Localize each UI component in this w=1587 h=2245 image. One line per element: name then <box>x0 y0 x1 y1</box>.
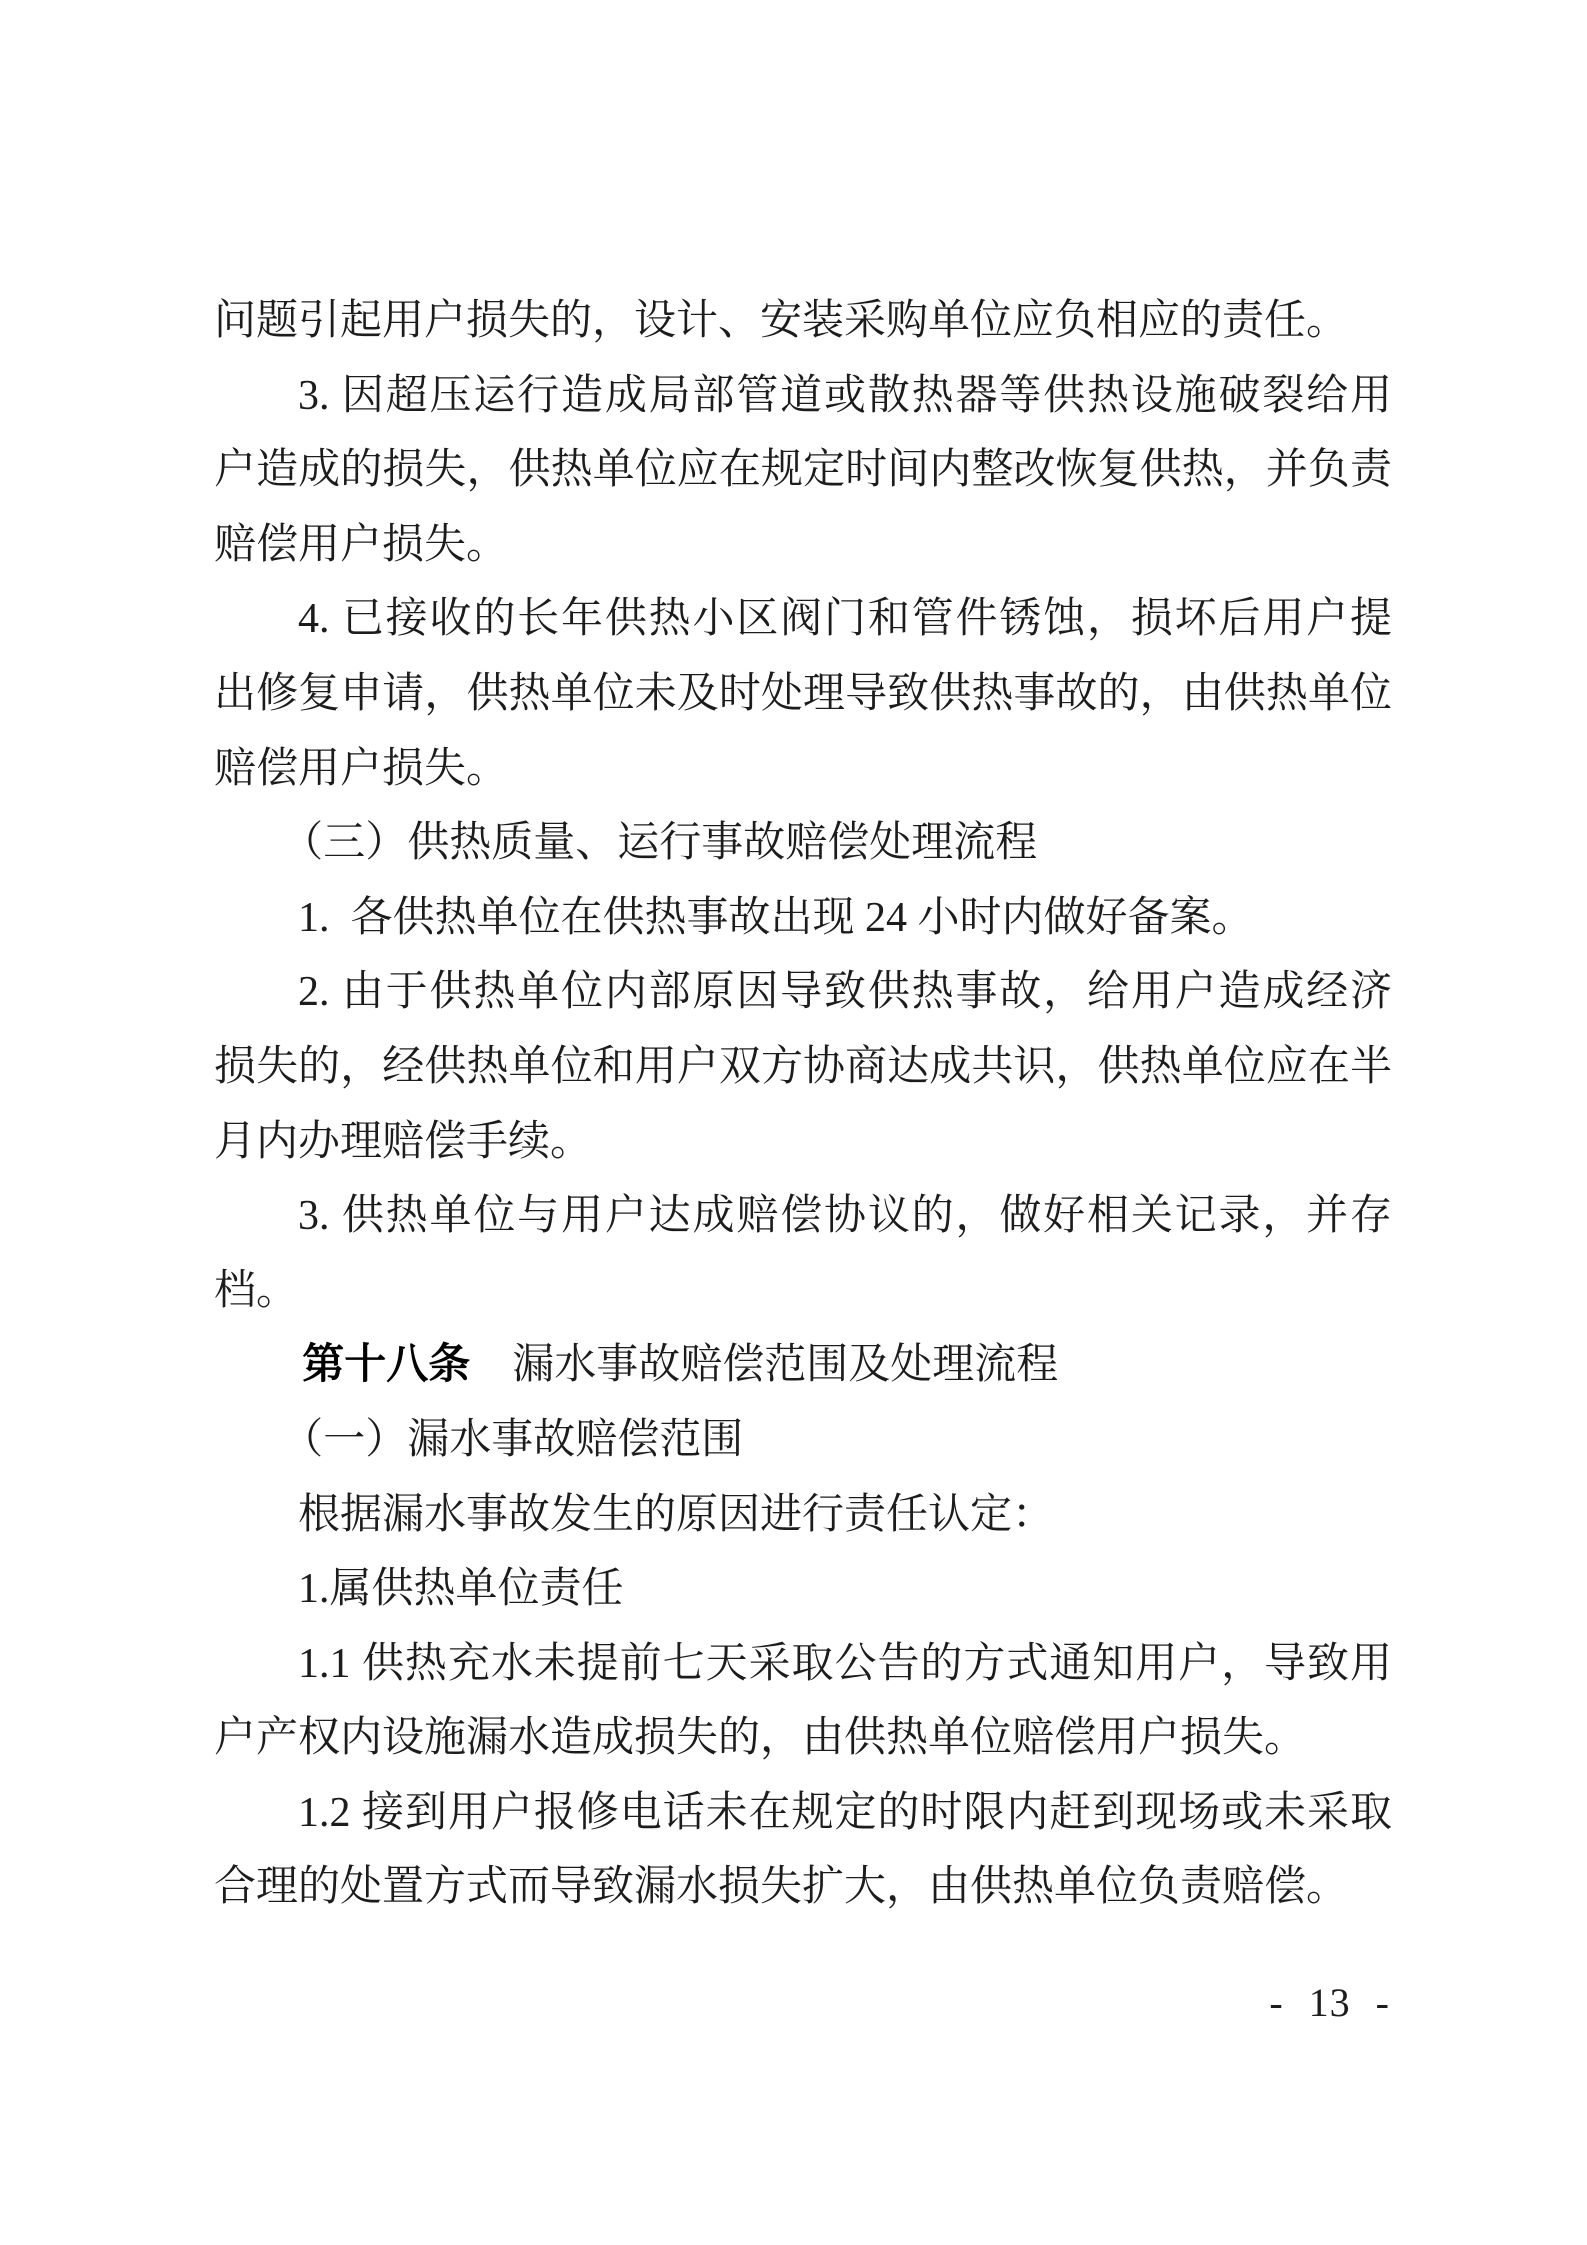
text-line: 4. 已接收的长年供热小区阀门和管件锈蚀，损坏后用户提 <box>214 582 1392 657</box>
line-text: 赔偿用户损失。 <box>214 746 508 792</box>
text-line: 1.属供热单位责任 <box>214 1552 1392 1627</box>
text-line: （三）供热质量、运行事故赔偿处理流程 <box>214 806 1392 881</box>
text-line: 2. 由于供热单位内部原因导致供热事故，给用户造成经济 <box>214 955 1392 1030</box>
text-line: 户造成的损失，供热单位应在规定时间内整改恢复供热，并负责 <box>214 433 1392 508</box>
document-body: 问题引起用户损失的，设计、安装采购单位应负相应的责任。3. 因超压运行造成局部管… <box>214 284 1392 1925</box>
text-line: 1.1 供热充水未提前七天采取公告的方式通知用户，导致用 <box>214 1627 1392 1702</box>
line-text: （三）供热质量、运行事故赔偿处理流程 <box>281 820 1037 866</box>
line-text: 出修复申请，供热单位未及时处理导致供热事故的，由供热单位 <box>214 671 1392 717</box>
line-text: 4. 已接收的长年供热小区阀门和管件锈蚀，损坏后用户提 <box>298 596 1392 642</box>
text-line: 损失的，经供热单位和用户双方协商达成共识，供热单位应在半 <box>214 1030 1392 1105</box>
text-line: 赔偿用户损失。 <box>214 732 1392 807</box>
line-text: 3. 供热单位与用户达成赔偿协议的，做好相关记录，并存 <box>298 1193 1392 1239</box>
line-text: 月内办理赔偿手续。 <box>214 1119 592 1165</box>
text-line: 3. 因超压运行造成局部管道或散热器等供热设施破裂给用 <box>214 359 1392 434</box>
text-line: 1. 各供热单位在供热事故出现 24 小时内做好备案。 <box>214 881 1392 956</box>
text-line: 问题引起用户损失的，设计、安装采购单位应负相应的责任。 <box>214 284 1392 359</box>
line-text: 1.2 接到用户报修电话未在规定的时限内赶到现场或未采取 <box>298 1790 1392 1836</box>
text-line: 3. 供热单位与用户达成赔偿协议的，做好相关记录，并存 <box>214 1179 1392 1254</box>
heading-bold-text: 第十八条 <box>302 1342 470 1388</box>
text-line: （一）漏水事故赔偿范围 <box>214 1403 1392 1478</box>
text-line: 赔偿用户损失。 <box>214 508 1392 583</box>
section-heading-line: 第十八条 漏水事故赔偿范围及处理流程 <box>214 1328 1392 1403</box>
line-text: 户造成的损失，供热单位应在规定时间内整改恢复供热，并负责 <box>214 447 1392 493</box>
text-line: 档。 <box>214 1254 1392 1329</box>
line-text: 2. 由于供热单位内部原因导致供热事故，给用户造成经济 <box>298 969 1392 1015</box>
text-line: 出修复申请，供热单位未及时处理导致供热事故的，由供热单位 <box>214 657 1392 732</box>
page-number: - 13 - <box>1269 1981 1390 2025</box>
line-text: 漏水事故赔偿范围及处理流程 <box>470 1342 1058 1388</box>
line-text: 赔偿用户损失。 <box>214 522 508 568</box>
text-line: 户产权内设施漏水造成损失的，由供热单位赔偿用户损失。 <box>214 1701 1392 1776</box>
line-text: 损失的，经供热单位和用户双方协商达成共识，供热单位应在半 <box>214 1044 1392 1090</box>
text-line: 月内办理赔偿手续。 <box>214 1105 1392 1180</box>
line-text: 根据漏水事故发生的原因进行责任认定： <box>298 1492 1054 1538</box>
line-text: （一）漏水事故赔偿范围 <box>281 1417 743 1463</box>
line-text: 3. 因超压运行造成局部管道或散热器等供热设施破裂给用 <box>298 373 1392 419</box>
line-text: 户产权内设施漏水造成损失的，由供热单位赔偿用户损失。 <box>214 1715 1306 1761</box>
line-text: 合理的处置方式而导致漏水损失扩大，由供热单位负责赔偿。 <box>214 1864 1348 1910</box>
line-text: 1.1 供热充水未提前七天采取公告的方式通知用户，导致用 <box>298 1641 1392 1687</box>
text-line: 根据漏水事故发生的原因进行责任认定： <box>214 1478 1392 1553</box>
line-text: 档。 <box>214 1268 298 1314</box>
document-page: 问题引起用户损失的，设计、安装采购单位应负相应的责任。3. 因超压运行造成局部管… <box>0 0 1587 2245</box>
line-text: 1.属供热单位责任 <box>298 1566 624 1612</box>
text-line: 1.2 接到用户报修电话未在规定的时限内赶到现场或未采取 <box>214 1776 1392 1851</box>
text-line: 合理的处置方式而导致漏水损失扩大，由供热单位负责赔偿。 <box>214 1850 1392 1925</box>
line-text: 1. 各供热单位在供热事故出现 24 小时内做好备案。 <box>298 895 1254 941</box>
line-text: 问题引起用户损失的，设计、安装采购单位应负相应的责任。 <box>214 298 1348 344</box>
